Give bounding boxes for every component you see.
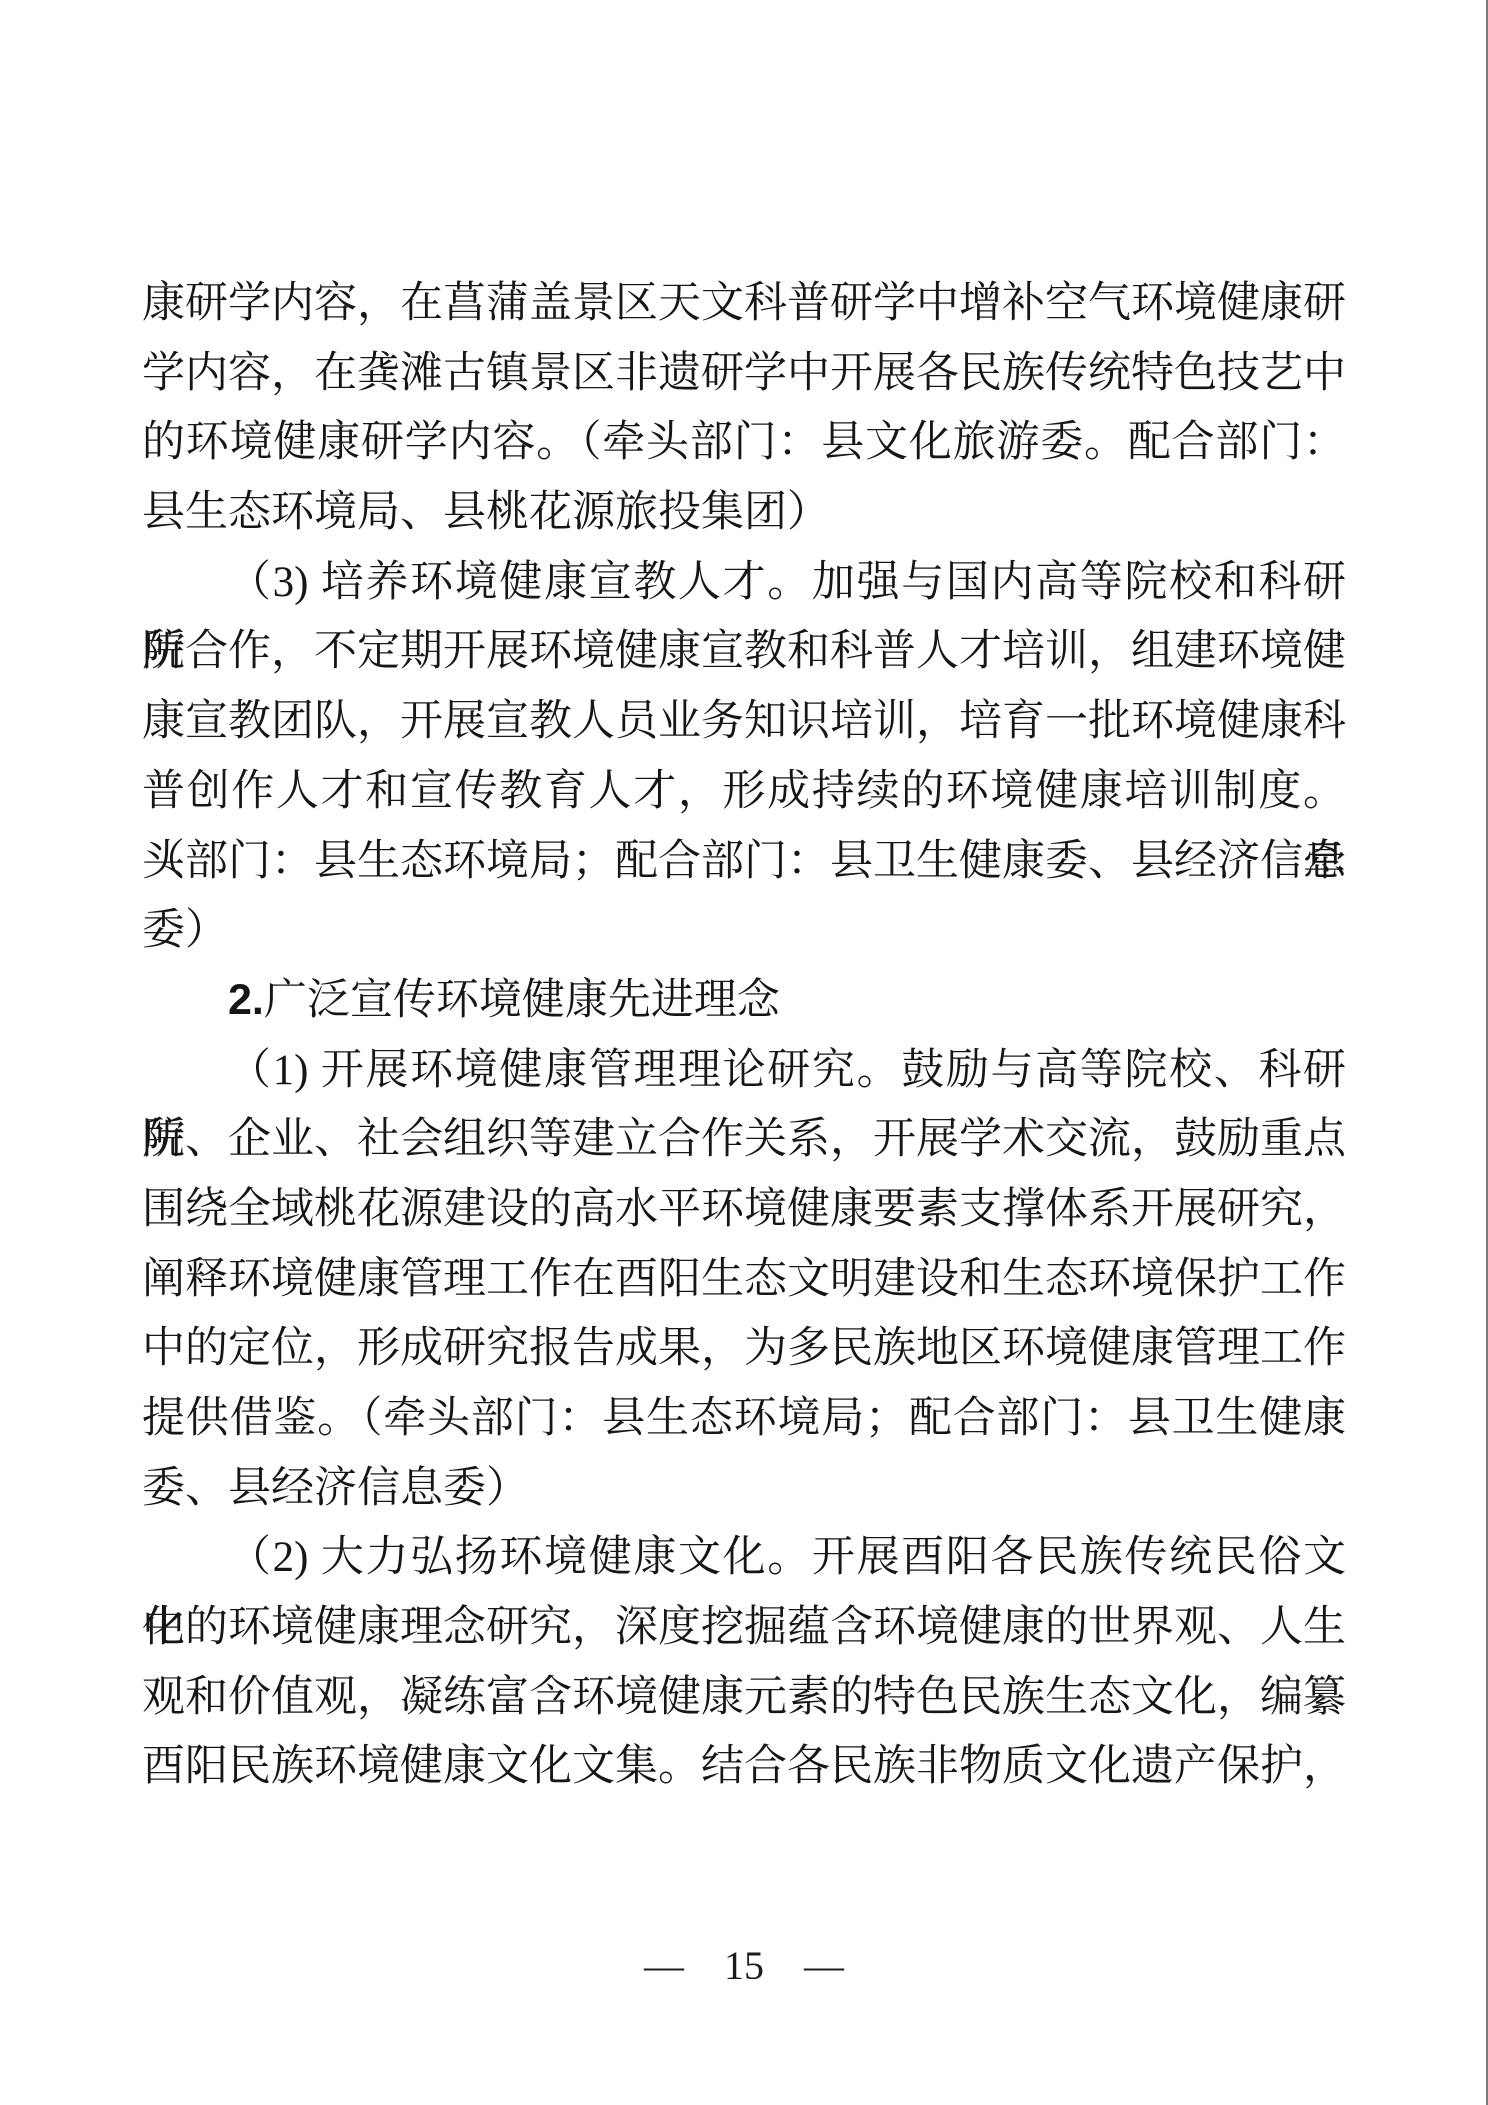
page-number: 15 (724, 1942, 764, 1990)
footer-dash-right: — (804, 1942, 844, 1990)
text-line: 普创作人才和宣传教育人才，形成持续的环境健康培训制度。（牵 (142, 757, 1346, 827)
text-line: 所合作，不定期开展环境健康宣教和科普人才培训，组建环境健 (142, 617, 1346, 687)
text-line: 康宣教团队，开展宣教人员业务知识培训，培育一批环境健康科 (142, 687, 1346, 757)
text-line: 酉阳民族环境健康文化文集。结合各民族非物质文化遗产保护， (142, 1732, 1346, 1802)
text-line: 头部门：县生态环境局；配合部门：县卫生健康委、县经济信息 (142, 827, 1346, 897)
page-footer: — 15 — (0, 1942, 1488, 1990)
text-line: 观和价值观，凝练富含环境健康元素的特色民族生态文化，编纂 (142, 1663, 1346, 1733)
text-line: 县生态环境局、县桃花源旅投集团） (142, 478, 1346, 548)
heading-text: 广泛宣传环境健康先进理念 (264, 977, 780, 1024)
text-line: 学内容，在龚滩古镇景区非遗研学中开展各民族传统特色技艺中 (142, 339, 1346, 409)
text-line: 康研学内容，在菖蒲盖景区天文科普研学中增补空气环境健康研 (142, 269, 1346, 339)
text-line: 的环境健康研学内容。（牵头部门：县文化旅游委。配合部门： (142, 408, 1346, 478)
text-flow: 康研学内容，在菖蒲盖景区天文科普研学中增补空气环境健康研学内容，在龚滩古镇景区非… (142, 269, 1346, 1802)
text-line: 委） (142, 896, 1346, 966)
heading-number: 2. (228, 976, 264, 1024)
text-line: （3) 培养环境健康宣教人才。加强与国内高等院校和科研院 (142, 548, 1346, 618)
text-line: 围绕全域桃花源建设的高水平环境健康要素支撑体系开展研究， (142, 1175, 1346, 1245)
text-line: 委、县经济信息委） (142, 1454, 1346, 1524)
text-line: 阐释环境健康管理工作在酉阳生态文明建设和生态环境保护工作 (142, 1245, 1346, 1315)
section-heading: 2.广泛宣传环境健康先进理念 (142, 966, 1346, 1036)
footer-dash-left: — (644, 1942, 684, 1990)
text-line: 中的定位，形成研究报告成果，为多民族地区环境健康管理工作 (142, 1314, 1346, 1384)
text-line: 所、企业、社会组织等建立合作关系，开展学术交流，鼓励重点 (142, 1105, 1346, 1175)
text-line: （2) 大力弘扬环境健康文化。开展酉阳各民族传统民俗文化 (142, 1523, 1346, 1593)
text-line: 中的环境健康理念研究，深度挖掘蕴含环境健康的世界观、人生 (142, 1593, 1346, 1663)
text-line: 提供借鉴。（牵头部门：县生态环境局；配合部门：县卫生健康 (142, 1384, 1346, 1454)
text-line: （1) 开展环境健康管理理论研究。鼓励与高等院校、科研院 (142, 1036, 1346, 1106)
document-page: 康研学内容，在菖蒲盖景区天文科普研学中增补空气环境健康研学内容，在龚滩古镇景区非… (0, 0, 1488, 2105)
